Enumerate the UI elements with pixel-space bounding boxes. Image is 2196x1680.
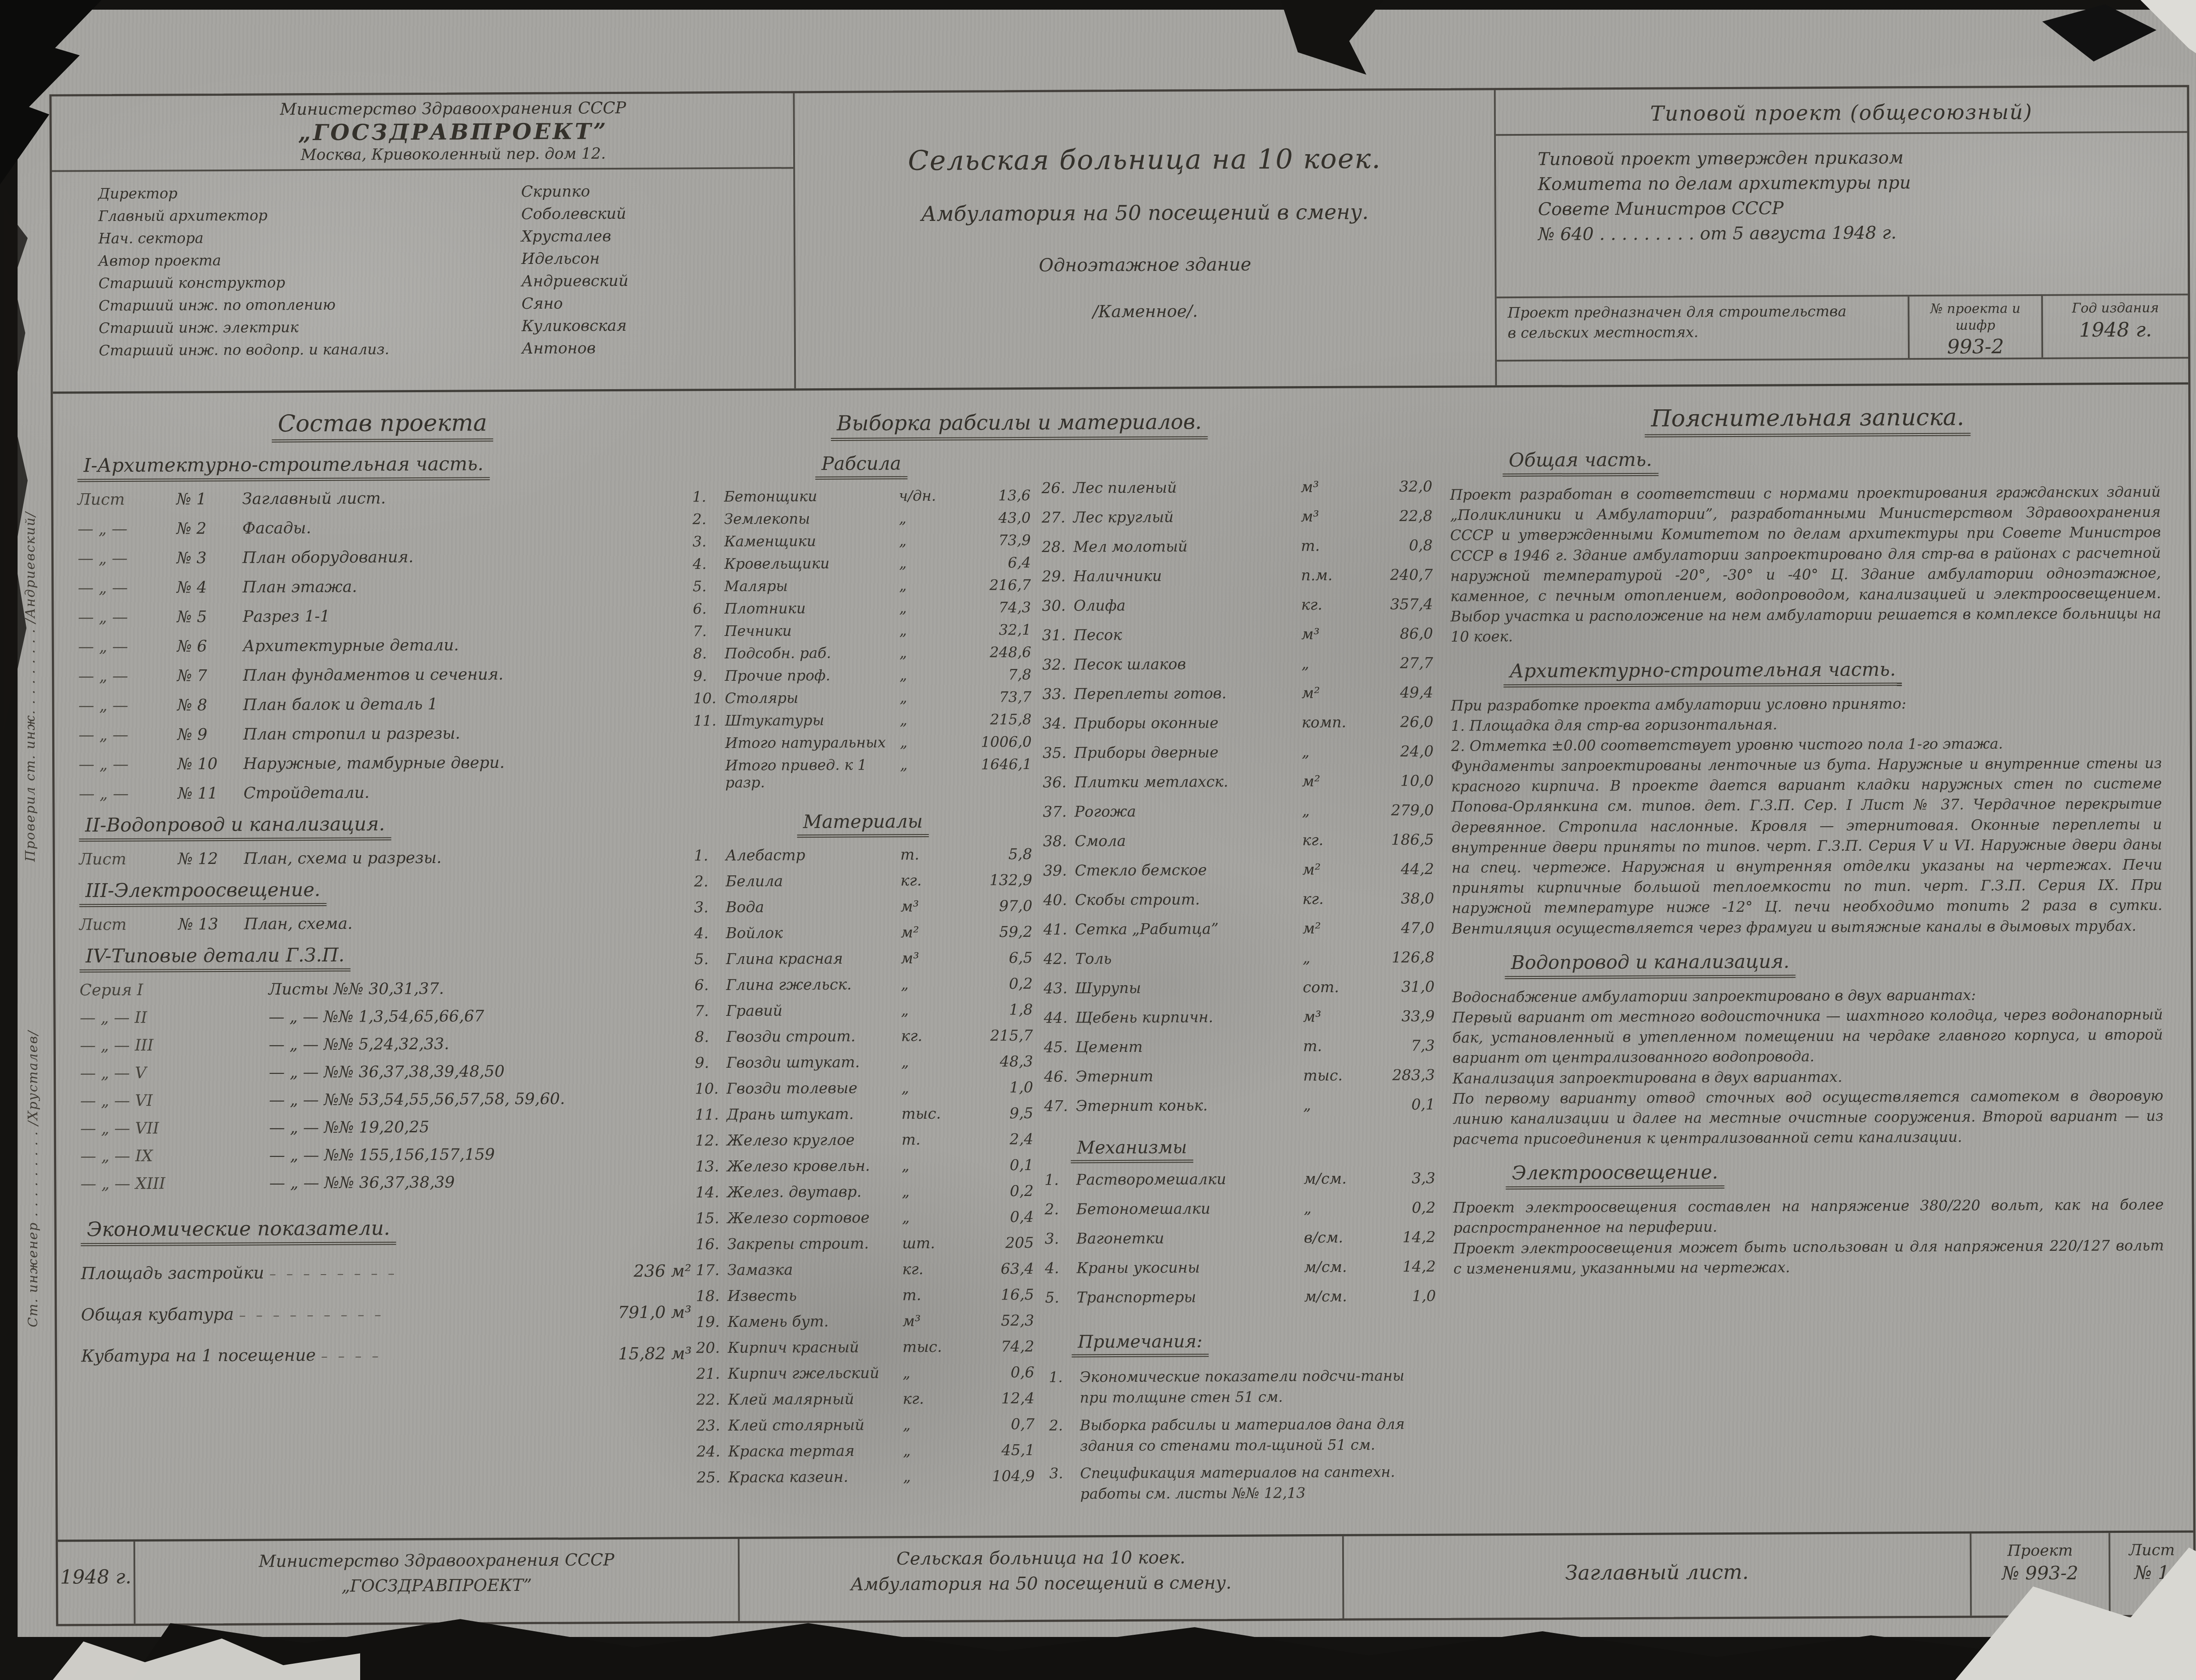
row-unit: „ — [903, 1442, 969, 1460]
row-unit: сот. — [1303, 979, 1369, 997]
org-name: „ГОСЗДРАВПРОЕКТ” — [179, 118, 727, 146]
note-text: Экономические показатели подсчи-таны при… — [1080, 1366, 1436, 1408]
material-row: 44. Щебень кирпичн. м³ 33,9 — [1044, 1008, 1435, 1027]
main-title-cell: Сельская больница на 10 коек. Амбулатори… — [795, 90, 1497, 388]
row-name: Известь — [727, 1286, 902, 1305]
economic-value: 791,0 м³ — [618, 1302, 692, 1322]
explanatory-section-title: Общая часть. — [1503, 447, 2166, 477]
series-label: — „ — XIII — [80, 1174, 269, 1193]
row-quantity: 0,4 — [968, 1208, 1034, 1226]
material-row: 23. Клей столярный „ 0,7 — [697, 1416, 1035, 1434]
row-number: 41. — [1044, 921, 1075, 938]
sheet-prefix: — „ — — [78, 578, 177, 597]
row-unit: „ — [903, 1364, 968, 1382]
composition-column: Состав проекта I-Архитектурно-строительн… — [77, 391, 692, 1387]
material-row: 13. Железо кровельн. „ 0,1 — [695, 1156, 1033, 1175]
row-unit: „ — [1303, 1096, 1369, 1114]
material-row: 2. Белила кг. 132,9 — [694, 871, 1032, 890]
sheet-title: План этажа. — [242, 576, 688, 596]
row-quantity: 0,1 — [1369, 1096, 1435, 1114]
row-name: Этернит — [1076, 1067, 1303, 1085]
row-name: Щебень кирпичн. — [1076, 1008, 1303, 1026]
material-row: 7. Гравий „ 1,8 — [694, 1001, 1033, 1020]
order-line: № 640 . . . . . . . . . от 5 августа 194… — [1496, 219, 2188, 245]
personnel-row: Старший инж. по водопр. и канализ. Антон… — [99, 339, 768, 360]
sheet-title: Стройдетали. — [243, 782, 689, 802]
row-number: 5. — [693, 578, 724, 595]
row-name: Лес пиленый — [1073, 478, 1300, 497]
row-number: 32. — [1042, 656, 1074, 673]
row-quantity: 27,7 — [1367, 654, 1433, 672]
row-name: Дрань штукат. — [726, 1105, 901, 1124]
explanatory-section-body: Проект разработан в соответствии с норма… — [1450, 482, 2167, 647]
labour-row: 6. Плотники „ 74,3 — [693, 599, 1031, 617]
sheet-row: — „ — № 8 План балок и деталь 1 — [78, 694, 689, 715]
row-number: 33. — [1042, 685, 1074, 703]
row-unit: в/см. — [1304, 1229, 1370, 1247]
row-unit: т. — [902, 1131, 968, 1149]
labour-row: Итого привед. к 1 разр. „ 1646,1 — [693, 755, 1032, 791]
row-quantity: 1,8 — [967, 1001, 1033, 1019]
mechanism-row: 4. Краны укосины м/см. 14,2 — [1045, 1258, 1436, 1277]
row-number: 37. — [1043, 803, 1074, 820]
edition-year-label: Год издания — [2043, 300, 2188, 317]
material-row: 4. Войлок м² 59,2 — [694, 923, 1033, 942]
row-unit: кг. — [901, 1027, 967, 1045]
material-row: 11. Дрань штукат. тыс. 9,5 — [695, 1105, 1033, 1124]
row-quantity: 73,7 — [965, 688, 1031, 706]
material-row: 8. Гвозди строит. кг. 215,7 — [695, 1027, 1033, 1046]
row-name: Наличники — [1073, 567, 1301, 585]
row-number: 5. — [1045, 1289, 1076, 1306]
personnel-name: Андриевский — [521, 272, 767, 290]
row-name: Закрепы строит. — [727, 1235, 902, 1253]
row-name: Белила — [726, 872, 900, 890]
sheet-row: — „ — № 7 План фундаментов и сечения. — [78, 665, 689, 685]
sheet-number: № 10 — [177, 755, 243, 773]
row-unit: „ — [899, 577, 965, 594]
row-quantity: 0,7 — [969, 1416, 1035, 1434]
material-row: 28. Мел молотый т. 0,8 — [1042, 537, 1433, 556]
material-row: 29. Наличники п.м. 240,7 — [1042, 566, 1433, 585]
series-sheets: — „ — №№ 19,20,25 — [269, 1117, 691, 1137]
approval-line: Типовой проект утвержден приказом — [1538, 145, 2165, 172]
row-quantity: 97,0 — [966, 897, 1032, 915]
row-quantity: 216,7 — [965, 576, 1031, 594]
note-number: 3. — [1046, 1463, 1080, 1505]
row-number: 11. — [693, 712, 725, 729]
material-row: 26. Лес пиленый м³ 32,0 — [1041, 478, 1432, 497]
row-number: 3. — [693, 533, 724, 550]
ministry-line: Министерство Здравоохранения СССР — [179, 98, 727, 119]
explanatory-section: Архитектурно-строительная часть. При раз… — [1451, 657, 2168, 939]
leader-dashes: – – – – – – – – — [264, 1265, 633, 1282]
row-quantity: 2,4 — [968, 1131, 1033, 1149]
row-unit: м³ — [1303, 1008, 1369, 1026]
sheet-prefix: — „ — — [78, 637, 177, 656]
series-sheets: — „ — №№ 1,3,54,65,66,67 — [268, 1006, 690, 1026]
row-quantity: 14,2 — [1370, 1258, 1436, 1276]
row-number: 4. — [694, 925, 726, 942]
row-quantity: 1,0 — [1370, 1287, 1436, 1305]
sheet-prefix: — „ — — [78, 549, 177, 567]
row-quantity: 13,6 — [964, 487, 1030, 504]
personnel-row: Нач. сектора Хрусталев — [98, 227, 767, 248]
row-number: 10. — [695, 1080, 726, 1098]
economic-label: Кубатура на 1 посещение — [81, 1345, 316, 1366]
mechanism-row: 3. Вагонетки в/см. 14,2 — [1045, 1228, 1436, 1248]
material-row: 25. Краска казеин. „ 104,9 — [697, 1467, 1035, 1486]
row-unit: кг. — [903, 1390, 968, 1408]
row-quantity: 14,2 — [1370, 1228, 1436, 1246]
labour-row: 4. Кровельщики „ 6,4 — [693, 554, 1031, 572]
economic-row: Кубатура на 1 посещение – – – – 15,82 м³ — [81, 1344, 692, 1366]
note-row: 2. Выборка рабсилы и материалов дана для… — [1046, 1414, 1437, 1457]
row-name: Глина гжельск. — [726, 975, 901, 994]
row-number: 35. — [1043, 744, 1074, 762]
notes-heading: Примечания: — [1072, 1330, 1436, 1358]
note-text: Спецификация материалов на сантехн. рабо… — [1080, 1462, 1437, 1504]
row-unit: „ — [899, 554, 965, 572]
row-number: 27. — [1042, 509, 1073, 526]
material-row: 47. Этернит коньк. „ 0,1 — [1044, 1096, 1435, 1115]
sheet-number: № 7 — [177, 667, 243, 685]
material-row: 46. Этернит тыс. 283,3 — [1044, 1066, 1435, 1086]
material-row: 39. Стекло бемское м² 44,2 — [1043, 860, 1434, 880]
row-name: Гравий — [726, 1001, 901, 1020]
sheet-title: Разрез 1-1 — [243, 606, 689, 625]
row-quantity: 43,0 — [965, 509, 1031, 527]
row-name: Сетка „Рабитца” — [1075, 920, 1303, 938]
sheet-number: № 5 — [177, 608, 243, 626]
row-quantity: 45,1 — [969, 1442, 1035, 1460]
row-quantity: 0,8 — [1367, 537, 1433, 555]
project-number-label: № проекта и шифр — [1910, 300, 2041, 334]
row-unit: „ — [900, 711, 966, 729]
row-unit: кг. — [1301, 596, 1367, 614]
row-name: Растворомешалки — [1076, 1170, 1304, 1189]
row-name: Кирпич красный — [728, 1338, 903, 1357]
row-unit: тыс. — [1303, 1067, 1369, 1085]
footer-org-line-1: Министерство Здравоохранения СССР — [135, 1547, 738, 1575]
approval-line: Комитета по делам архитектуры при — [1538, 169, 2165, 197]
material-row: 34. Приборы оконные комп. 26,0 — [1043, 713, 1434, 733]
footer-project-label: Проект — [1972, 1541, 2109, 1561]
main-title-line-4: /Каменное/. — [796, 300, 1495, 322]
section-3-heading: III-Электроосвещение. — [79, 877, 690, 907]
sheet-prefix: Лист — [79, 850, 178, 868]
typical-project-heading: Типовой проект (общесоюзный) — [1495, 87, 2187, 136]
row-name: Краска тертая — [728, 1442, 903, 1460]
row-quantity: 5,8 — [966, 845, 1032, 863]
row-number: 2. — [693, 510, 724, 527]
footer-project-number: № 993-2 — [1972, 1561, 2109, 1586]
sheet-list-1: Лист № 1 Заглавный лист. — „ — № 2 Фасад… — [77, 488, 689, 803]
series-row: — „ — II — „ — №№ 1,3,54,65,66,67 — [80, 1006, 690, 1027]
sheet-number: № 11 — [177, 784, 243, 803]
row-name: Песок — [1074, 625, 1301, 644]
material-row: 15. Железо сортовое „ 0,4 — [696, 1208, 1034, 1227]
row-number: 18. — [696, 1287, 727, 1305]
row-name: Смола — [1075, 831, 1302, 850]
row-number: 6. — [694, 976, 726, 994]
personnel-role: Главный архитектор — [98, 206, 521, 224]
row-name: Клей столярный — [728, 1416, 903, 1434]
series-label: Серия I — [79, 980, 268, 999]
row-unit: тыс. — [903, 1338, 968, 1356]
footer-title-line-2: Амбулатория на 50 посещений в смену. — [740, 1570, 1342, 1598]
row-quantity: 1646,1 — [966, 755, 1032, 773]
personnel-role: Старший инж. по отоплению — [98, 295, 521, 314]
row-quantity: 63,4 — [968, 1260, 1034, 1278]
sheet-row: — „ — № 9 План стропил и разрезы. — [79, 723, 689, 744]
economic-heading: Экономические показатели. — [81, 1215, 691, 1246]
row-unit: „ — [901, 1001, 967, 1019]
row-quantity: 32,0 — [1366, 478, 1432, 496]
row-quantity: 283,3 — [1369, 1066, 1435, 1084]
row-name: Подсобн. раб. — [725, 644, 899, 662]
row-number: 40. — [1043, 891, 1075, 909]
materials-list-1: 1. Алебастр т. 5,8 2. Белила кг. 132,9 — [694, 845, 1035, 1486]
row-quantity: 126,8 — [1369, 949, 1434, 967]
row-unit: т. — [900, 846, 966, 864]
personnel-role: Автор проекта — [98, 250, 521, 269]
sheet-number: № 13 — [178, 915, 244, 934]
sheet-number: № 2 — [177, 520, 242, 538]
sheet-row-13: Лист № 13 План, схема. — [79, 913, 690, 934]
row-name: Кирпич гжельский — [728, 1364, 903, 1383]
row-number: 12. — [695, 1132, 727, 1149]
row-number: 22. — [696, 1391, 728, 1409]
series-row: Серия I Листы №№ 30,31,37. — [79, 979, 690, 999]
row-name: Гвозди штукат. — [726, 1053, 901, 1072]
material-row: 38. Смола кг. 186,5 — [1043, 831, 1434, 850]
sheet-prefix: Лист — [77, 490, 176, 509]
personnel-name: Соболевский — [521, 205, 767, 223]
row-quantity: 9,5 — [967, 1105, 1033, 1123]
row-quantity: 52,3 — [968, 1312, 1034, 1330]
row-quantity: 49,4 — [1367, 684, 1433, 702]
note-number: 2. — [1046, 1415, 1080, 1456]
row-number: 23. — [697, 1417, 728, 1434]
series-sheets: — „ — №№ 53,54,55,56,57,58, 59,60. — [269, 1089, 690, 1109]
row-unit: м³ — [901, 950, 967, 968]
material-row: 20. Кирпич красный тыс. 74,2 — [696, 1338, 1034, 1357]
sheet-title: План стропил и разрезы. — [243, 723, 689, 743]
row-name: Камень бут. — [728, 1312, 903, 1331]
row-quantity: 38,0 — [1368, 890, 1434, 908]
material-row: 42. Толь „ 126,8 — [1044, 949, 1434, 968]
material-row: 30. Олифа кг. 357,4 — [1042, 596, 1433, 615]
row-name: Олифа — [1073, 596, 1301, 614]
mechanisms-list: 1. Растворомешалки м/см. 3,3 2. Бетономе… — [1044, 1170, 1436, 1307]
series-list: Серия I Листы №№ 30,31,37. — „ — II — „ … — [79, 979, 691, 1193]
series-label: — „ — V — [80, 1063, 269, 1082]
row-unit: м³ — [1301, 625, 1367, 643]
edition-year-value: 1948 г. — [2043, 317, 2188, 343]
sheet-title: Фасады. — [242, 517, 688, 537]
note-row: 3. Спецификация материалов на сантехн. р… — [1046, 1462, 1437, 1505]
labour-row: 3. Каменщики „ 73,9 — [693, 531, 1031, 550]
row-quantity: 74,3 — [965, 599, 1031, 616]
section-4-heading: IV-Типовые детали Г.З.П. — [79, 943, 690, 972]
series-row: — „ — IX — „ — №№ 155,156,157,159 — [80, 1145, 691, 1165]
row-quantity: 86,0 — [1367, 625, 1433, 643]
sheet-row: — „ — № 6 Архитектурные детали. — [78, 635, 689, 656]
drawing-frame: Министерство Здравоохранения СССР „ГОСЗД… — [49, 85, 2196, 1626]
material-row: 33. Переплеты готов. м² 49,4 — [1042, 684, 1433, 703]
row-name: Вода — [726, 898, 900, 916]
margin-engineer-note: Ст. инженер . . . . . . . . . /Хрусталев… — [25, 888, 41, 1327]
row-name: Цемент — [1076, 1037, 1303, 1056]
row-quantity: 10,0 — [1368, 772, 1434, 790]
row-unit: „ — [1302, 802, 1368, 820]
material-row: 37. Рогожа „ 279,0 — [1043, 802, 1434, 821]
row-name: Замазка — [727, 1261, 902, 1279]
row-quantity: 0,2 — [1369, 1199, 1435, 1217]
material-row: 10. Гвозди толевые „ 1,0 — [695, 1079, 1033, 1098]
explanatory-section: Электроосвещение. Проект электроосвещени… — [1453, 1160, 2169, 1279]
labour-materials-column: Рабсила 1. Бетонщики ч/дн. 13,6 — [692, 390, 1035, 1495]
personnel-name: Идельсон — [521, 249, 767, 268]
leader-dashes: – – – – — [316, 1348, 618, 1364]
row-number: 14. — [695, 1184, 727, 1201]
row-unit: м² — [901, 924, 967, 942]
title-block-header: Министерство Здравоохранения СССР „ГОСЗД… — [51, 87, 2188, 394]
material-row: 3. Вода м³ 97,0 — [694, 897, 1032, 916]
personnel-role: Старший инж. электрик — [99, 318, 522, 336]
material-row: 27. Лес круглый м³ 22,8 — [1042, 507, 1433, 527]
economic-row: Общая кубатура – – – – – – – – – 791,0 м… — [81, 1302, 691, 1324]
row-unit: „ — [902, 1183, 968, 1201]
material-row: 12. Железо круглое т. 2,4 — [695, 1131, 1033, 1149]
row-name: Желез. двутавр. — [727, 1183, 902, 1201]
row-unit: „ — [899, 666, 965, 684]
row-name: Стекло бемское — [1075, 861, 1302, 879]
labour-list: 1. Бетонщики ч/дн. 13,6 2. Землекопы „ 4… — [692, 487, 1032, 791]
row-name: Плитки метлахск. — [1074, 773, 1302, 791]
row-name: Плотники — [724, 599, 899, 617]
material-row: 32. Песок шлаков „ 27,7 — [1042, 654, 1433, 674]
material-row: 36. Плитки метлахск. м² 10,0 — [1043, 772, 1434, 791]
row-name: Прочие проф. — [725, 666, 899, 684]
row-quantity: 22,8 — [1367, 507, 1433, 525]
row-name: Итого привед. к 1 разр. — [725, 756, 900, 791]
row-name: Печники — [725, 621, 899, 639]
row-number: 9. — [695, 1054, 726, 1072]
explanatory-section-title: Архитектурно-строительная часть. — [1503, 657, 2167, 687]
explanatory-section-body: При разработке проекта амбулатории услов… — [1451, 692, 2167, 939]
economic-label: Площадь застройки — [81, 1263, 264, 1283]
row-unit: м³ — [1301, 508, 1367, 526]
personnel-list: Директор Скрипко Главный архитектор Собо… — [52, 169, 794, 359]
labour-row: 5. Маляры „ 216,7 — [693, 576, 1031, 595]
row-name: Кровельщики — [724, 554, 899, 572]
notes-list: 1. Экономические показатели подсчи-таны … — [1045, 1366, 1437, 1505]
row-unit: м² — [1303, 920, 1369, 938]
economic-value: 236 м² — [634, 1261, 692, 1281]
row-quantity: 26,0 — [1368, 713, 1434, 731]
row-unit: „ — [900, 733, 966, 751]
row-name: Столяры — [725, 689, 899, 707]
row-unit: „ — [899, 509, 965, 527]
personnel-row: Старший конструктор Андриевский — [98, 272, 767, 293]
row-quantity: 0,6 — [968, 1364, 1034, 1382]
labour-row: 11. Штукатуры „ 215,8 — [693, 711, 1032, 729]
personnel-row: Автор проекта Идельсон — [98, 249, 767, 270]
personnel-name: Антонов — [522, 339, 768, 358]
personnel-name: Куликовская — [522, 317, 768, 335]
row-number: 25. — [697, 1469, 728, 1486]
row-number: 36. — [1043, 773, 1074, 791]
row-name: Рогожа — [1074, 802, 1302, 820]
row-number: 29. — [1042, 567, 1073, 585]
row-name: Гвозди строит. — [726, 1027, 901, 1046]
labour-row: 9. Прочие проф. „ 7,8 — [693, 666, 1031, 684]
explanatory-column: Пояснительная записка. Общая часть. Прое… — [1449, 385, 2169, 1292]
edition-year-cell: Год издания 1948 г. — [2041, 295, 2188, 357]
row-number: 1. — [692, 488, 724, 505]
row-quantity: 44,2 — [1368, 860, 1434, 878]
row-quantity: 0,2 — [968, 1182, 1033, 1200]
row-quantity: 215,7 — [967, 1027, 1033, 1045]
footer-year: 1948 г. — [58, 1542, 136, 1624]
purpose-line-1: Проект предназначен для строительства — [1508, 301, 1908, 323]
series-label: — „ — VII — [80, 1119, 269, 1138]
row-number: 31. — [1042, 626, 1074, 644]
sheet-row: — „ — № 5 Разрез 1-1 — [78, 606, 689, 626]
row-quantity: 0,2 — [967, 975, 1033, 993]
row-unit: „ — [1303, 949, 1369, 967]
row-unit: „ — [901, 975, 967, 994]
economic-row: Площадь застройки – – – – – – – – 236 м² — [81, 1261, 691, 1283]
row-quantity: 132,9 — [966, 871, 1032, 889]
paper-sheet: Проверил ст. инж. . . . . . . . . /Андри… — [18, 10, 2196, 1637]
row-unit: „ — [901, 1079, 967, 1097]
row-name: Бетонщики — [724, 487, 899, 505]
row-unit: „ — [902, 1209, 968, 1227]
row-number: 2. — [694, 873, 726, 890]
explanatory-sections: Общая часть. Проект разработан в соответ… — [1450, 447, 2169, 1279]
row-name: Мел молотый — [1073, 537, 1301, 556]
material-row: 18. Известь т. 16,5 — [696, 1286, 1034, 1305]
row-name: Клей малярный — [728, 1390, 903, 1409]
sheet-prefix: — „ — — [78, 667, 177, 685]
row-name: Приборы дверные — [1074, 743, 1302, 762]
row-quantity: 186,5 — [1368, 831, 1434, 849]
row-unit: „ — [899, 599, 965, 617]
row-number: 19. — [696, 1313, 728, 1331]
sheet-prefix: — „ — — [79, 726, 177, 744]
purpose-line-2: в сельских местностях. — [1508, 321, 1908, 343]
material-row: 35. Приборы дверные „ 24,0 — [1043, 743, 1434, 762]
org-block: Министерство Здравоохранения СССР „ГОСЗД… — [51, 93, 793, 172]
row-unit: „ — [902, 1157, 968, 1175]
footer-title-strip: 1948 г. Министерство Здравоохранения ССС… — [58, 1530, 2194, 1624]
composition-heading: Состав проекта — [77, 408, 688, 443]
row-name: Каменщики — [724, 532, 899, 550]
sheet-row: — „ — № 10 Наружные, тамбурные двери. — [79, 753, 689, 773]
row-quantity: 12,4 — [968, 1390, 1034, 1408]
labour-heading: Рабсила — [692, 452, 1030, 480]
sheet-prefix: — „ — — [78, 608, 177, 626]
series-sheets: — „ — №№ 5,24,32,33. — [269, 1034, 690, 1054]
org-address: Москва, Кривоколенный пер. дом 12. — [179, 145, 727, 164]
explanatory-section: Общая часть. Проект разработан в соответ… — [1450, 447, 2167, 647]
sheet-number: № 8 — [177, 696, 243, 715]
economic-list: Площадь застройки – – – – – – – – 236 м²… — [81, 1261, 692, 1366]
sheet-number: № 12 — [178, 850, 244, 868]
